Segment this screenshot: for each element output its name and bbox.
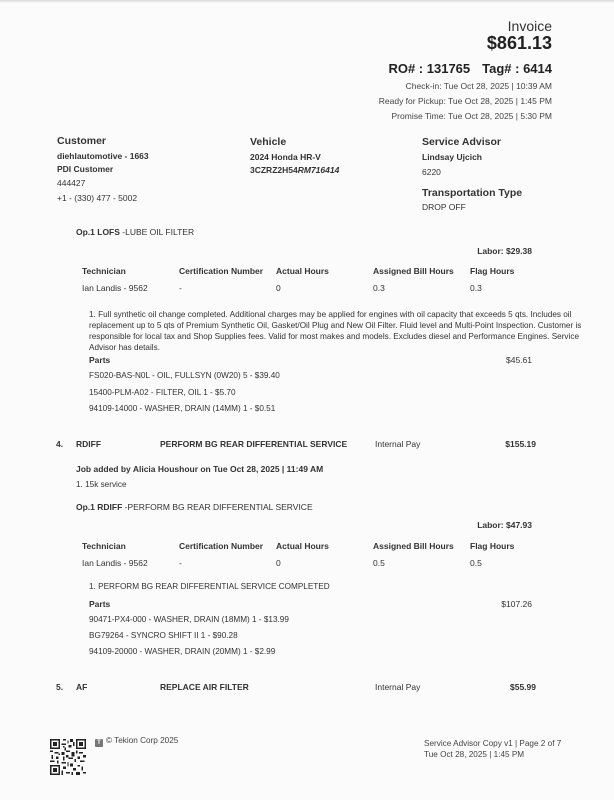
vin-suffix: RM716414	[298, 165, 340, 175]
customer-type: PDI Customer	[57, 163, 149, 176]
service-advisor-id: 6220	[422, 166, 522, 179]
job4-parts-total: $107.26	[501, 599, 532, 609]
assigned-bill-hours: 0.5	[373, 558, 385, 568]
job5-pay-type: Internal Pay	[375, 682, 420, 692]
service-advisor-name: Lindsay Ujcich	[422, 151, 522, 164]
header-assigned-bill-hours: Assigned Bill Hours	[373, 541, 454, 551]
dates-block: Check-in: Tue Oct 28, 2025 | 10:39 AM Re…	[379, 79, 552, 124]
customer-title: Customer	[57, 135, 149, 147]
header-technician: Technician	[82, 266, 126, 276]
header-certification: Certification Number	[179, 541, 263, 551]
job5-row: 5. AF REPLACE AIR FILTER Internal Pay $5…	[56, 682, 536, 696]
table-row: Ian Landis - 9562 - 0 0.5 0.5	[82, 558, 562, 575]
certification: -	[179, 283, 182, 293]
job5-amount: $55.99	[510, 682, 536, 692]
transportation-title: Transportation Type	[422, 187, 522, 199]
part-item: 90471-PX4-000 - WASHER, DRAIN (18MM) 1 -…	[89, 615, 289, 624]
technician: Ian Landis - 9562	[82, 283, 148, 293]
job3-description: 1. Full synthetic oil change completed. …	[89, 309, 589, 353]
vehicle-section: Vehicle 2024 Honda HR-V 3CZRZ2H54RM71641…	[250, 136, 339, 176]
part-item: 94109-14000 - WASHER, DRAIN (14MM) 1 - $…	[89, 404, 275, 413]
job3-parts-title: Parts	[89, 355, 110, 365]
flag-hours: 0.5	[470, 558, 482, 568]
job4-tech-table: Technician Certification Number Actual H…	[82, 541, 562, 575]
certification: -	[179, 558, 182, 568]
tech-table-header: Technician Certification Number Actual H…	[82, 266, 562, 283]
flag-hours: 0.3	[470, 283, 482, 293]
actual-hours: 0	[276, 283, 281, 293]
job3-labor: Labor: $29.38	[477, 246, 532, 256]
header-actual-hours: Actual Hours	[276, 266, 329, 276]
promise-time: Promise Time: Tue Oct 28, 2025 | 5:30 PM	[379, 109, 552, 124]
job5-number: 5.	[56, 682, 63, 692]
part-item: BG79264 - SYNCRO SHIFT II 1 - $90.28	[89, 631, 238, 640]
tekion-logo-icon: T	[95, 739, 103, 747]
customer-id: 444427	[57, 177, 149, 190]
qr-code-icon	[50, 739, 86, 775]
job4-op-code: Op.1 RDIFF	[76, 502, 122, 512]
job4-amount: $155.19	[505, 439, 536, 449]
ready-for-pickup: Ready for Pickup: Tue Oct 28, 2025 | 1:4…	[379, 94, 552, 109]
vin-prefix: 3CZRZ2H54	[250, 165, 298, 175]
vehicle-vin: 3CZRZ2H54RM716414	[250, 164, 339, 177]
part-item: FS020-BAS-N0L - OIL, FULLSYN (0W20) 5 - …	[89, 371, 280, 380]
vehicle-model: 2024 Honda HR-V	[250, 151, 339, 164]
invoice-total: $861.13	[487, 33, 552, 54]
printed-date: Tue Oct 28, 2025 | 1:45 PM	[424, 749, 561, 760]
job3-tech-table: Technician Certification Number Actual H…	[82, 266, 562, 300]
copy-info: Service Advisor Copy v1 | Page 2 of 7	[424, 738, 561, 749]
job4-number: 4.	[56, 439, 63, 449]
service-advisor-section: Service Advisor Lindsay Ujcich 6220 Tran…	[422, 136, 522, 214]
part-item: 94109-20000 - WASHER, DRAIN (20MM) 1 - $…	[89, 647, 275, 656]
scan-edge	[0, 0, 614, 3]
job4-description: PERFORM BG REAR DIFFERENTIAL SERVICE	[160, 439, 347, 449]
actual-hours: 0	[276, 558, 281, 568]
job4-row: 4. RDIFF PERFORM BG REAR DIFFERENTIAL SE…	[56, 439, 536, 453]
job4-op-title: Op.1 RDIFF -PERFORM BG REAR DIFFERENTIAL…	[76, 502, 313, 512]
job3-op-code: Op.1 LOFS	[76, 227, 120, 237]
ro-number: RO# : 131765	[388, 61, 470, 76]
customer-phone: +1 - (330) 477 - 5002	[57, 192, 149, 205]
job3-parts-total: $45.61	[506, 355, 532, 365]
job4-code: RDIFF	[76, 439, 101, 449]
footer-right: Service Advisor Copy v1 | Page 2 of 7 Tu…	[424, 738, 561, 760]
header-flag-hours: Flag Hours	[470, 541, 514, 551]
header-technician: Technician	[82, 541, 126, 551]
job3-op-desc: -LUBE OIL FILTER	[120, 227, 194, 237]
tag-number: Tag# : 6414	[482, 61, 552, 76]
service-advisor-title: Service Advisor	[422, 136, 522, 148]
customer-name: diehlautomotive - 1663	[57, 150, 149, 163]
tech-table-header: Technician Certification Number Actual H…	[82, 541, 562, 558]
table-row: Ian Landis - 9562 - 0 0.3 0.3	[82, 283, 562, 300]
job5-code: AF	[76, 682, 87, 692]
customer-section: Customer diehlautomotive - 1663 PDI Cust…	[57, 135, 149, 204]
check-in: Check-in: Tue Oct 28, 2025 | 10:39 AM	[379, 79, 552, 94]
assigned-bill-hours: 0.3	[373, 283, 385, 293]
job4-labor: Labor: $47.93	[477, 520, 532, 530]
job4-note: 1. 15k service	[76, 480, 127, 489]
header-flag-hours: Flag Hours	[470, 266, 514, 276]
job4-op-desc: -PERFORM BG REAR DIFFERENTIAL SERVICE	[122, 502, 312, 512]
job4-added-by: Job added by Alicia Houshour on Tue Oct …	[76, 464, 323, 474]
ro-tag-line: RO# : 131765Tag# : 6414	[388, 61, 552, 76]
part-item: 15400-PLM-A02 - FILTER, OIL 1 - $5.70	[89, 388, 236, 397]
job3-op-title: Op.1 LOFS -LUBE OIL FILTER	[76, 227, 194, 237]
copyright-text: © Tekion Corp 2025	[106, 736, 178, 745]
technician: Ian Landis - 9562	[82, 558, 148, 568]
footer-copyright: T© Tekion Corp 2025	[95, 736, 178, 747]
job5-description: REPLACE AIR FILTER	[160, 682, 249, 692]
vehicle-title: Vehicle	[250, 136, 339, 148]
invoice-title: Invoice	[508, 18, 552, 34]
header-certification: Certification Number	[179, 266, 263, 276]
header-actual-hours: Actual Hours	[276, 541, 329, 551]
header-assigned-bill-hours: Assigned Bill Hours	[373, 266, 454, 276]
job4-completion: 1. PERFORM BG REAR DIFFERENTIAL SERVICE …	[89, 582, 330, 591]
transportation-value: DROP OFF	[422, 201, 522, 214]
job4-parts-title: Parts	[89, 599, 110, 609]
job4-pay-type: Internal Pay	[375, 439, 420, 449]
